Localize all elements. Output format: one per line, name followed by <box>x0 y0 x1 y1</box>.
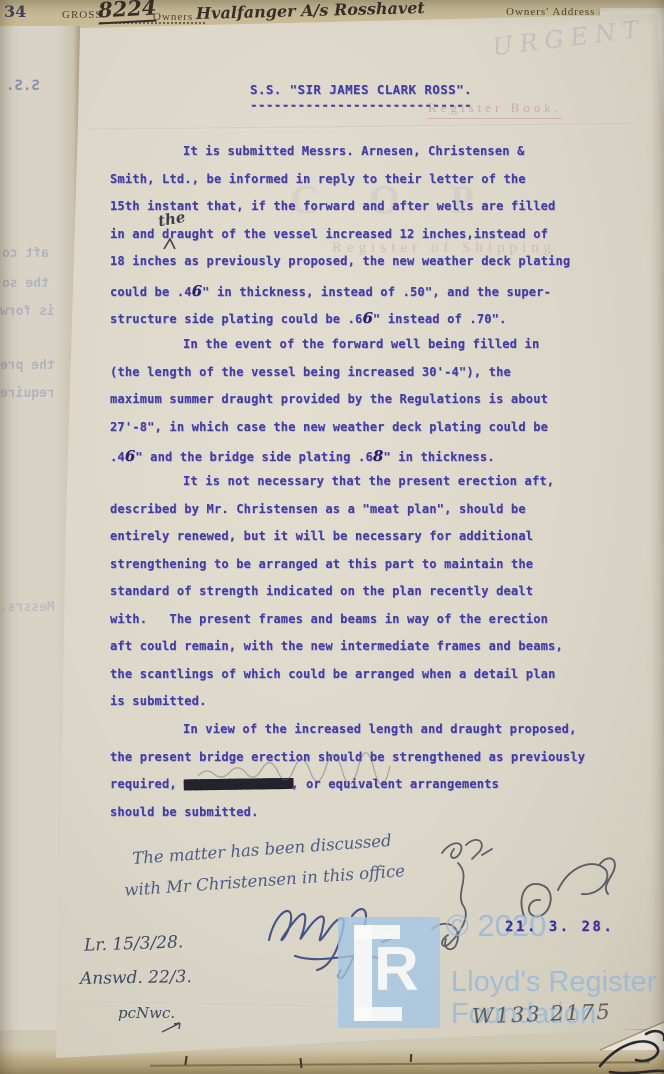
faint-pencil-annotation <box>196 762 436 782</box>
typed-line: the scantlings of which could be arrange… <box>110 667 563 695</box>
bleedthrough-text: S.S. <box>6 78 40 94</box>
gross-label: GROSS <box>62 9 102 21</box>
typed-line: 27'-8", in which case the new weather de… <box>110 420 548 448</box>
bleedthrough-text: aft co <box>2 246 49 261</box>
answered-note: Answd. 22/3. <box>80 967 192 989</box>
typed-line: entirely renewed, but it will be necessa… <box>110 529 563 557</box>
insertion-caret-icon <box>163 238 177 250</box>
typed-line: with. The present frames and beams in wa… <box>110 612 563 640</box>
typed-line: .46" and the bridge side plating .68" in… <box>110 447 548 475</box>
paragraph-1: It is submitted Messrs. Arnesen, Christe… <box>110 144 570 337</box>
paragraph-3: It is not necessary that the present ere… <box>110 474 563 722</box>
document-title: S.S. "SIR JAMES CLARK ROSS". <box>250 82 472 97</box>
typed-line: is submitted. <box>110 694 563 722</box>
archive-number-pencil: W133 2175 <box>472 1000 613 1029</box>
typed-line: (the length of the vessel being increase… <box>110 365 548 393</box>
date-stamp: 21. 3. 28. <box>505 919 614 935</box>
title-underline: ---------------------------- <box>250 97 472 112</box>
typed-line: It is not necessary that the present ere… <box>110 474 563 502</box>
gross-value-handwritten: 8224 <box>97 0 157 25</box>
typed-line: aft could remain, with the new intermedi… <box>110 639 563 667</box>
bleedthrough-text: the so <box>2 276 49 291</box>
typed-line: structure side plating could be .66" ins… <box>110 309 570 337</box>
signature-pencil-right <box>414 833 506 953</box>
bottom-ink-flourish <box>596 1030 664 1074</box>
typed-line: 18 inches as previously proposed, the ne… <box>110 254 570 282</box>
typed-line: standard of strength indicated on the pl… <box>110 584 563 612</box>
typed-line: In the event of the forward well being f… <box>110 337 548 365</box>
owners-label: Owners <box>153 11 193 23</box>
typed-line: in and draught of the vessel increased 1… <box>110 227 570 255</box>
bleedthrough-text: the pre <box>0 358 55 373</box>
typed-line: described by Mr. Christensen as a "meat … <box>110 502 563 530</box>
bleedthrough-text: is forw <box>0 304 55 319</box>
card-corner-number: 34 <box>4 2 26 21</box>
bleedthrough-text: require <box>0 386 55 401</box>
typed-line: could be .46" in thickness, instead of .… <box>110 282 570 310</box>
bleedthrough-text: Messrs. <box>0 600 55 615</box>
typed-line: In view of the increased length and drau… <box>110 722 585 750</box>
signature-ink-center <box>255 882 435 972</box>
paragraph-2: In the event of the forward well being f… <box>110 337 548 475</box>
typed-line: Smith, Ltd., be informed in reply to the… <box>110 172 570 200</box>
typed-line: strengthening to be arranged at this par… <box>110 557 563 585</box>
letter-ref-note: Lr. 15/3/28. <box>84 932 184 955</box>
scanned-archive-document: { "document": { "title": "S.S. \"SIR JAM… <box>0 0 664 1074</box>
typed-line: maximum summer draught provided by the R… <box>110 392 548 420</box>
owners-value-handwritten: Hvalfanger A/s Rosshavet <box>196 0 425 23</box>
typed-line: It is submitted Messrs. Arnesen, Christe… <box>110 144 570 172</box>
small-arrow-stroke <box>160 1020 184 1034</box>
typed-line: should be submitted. <box>110 805 585 833</box>
